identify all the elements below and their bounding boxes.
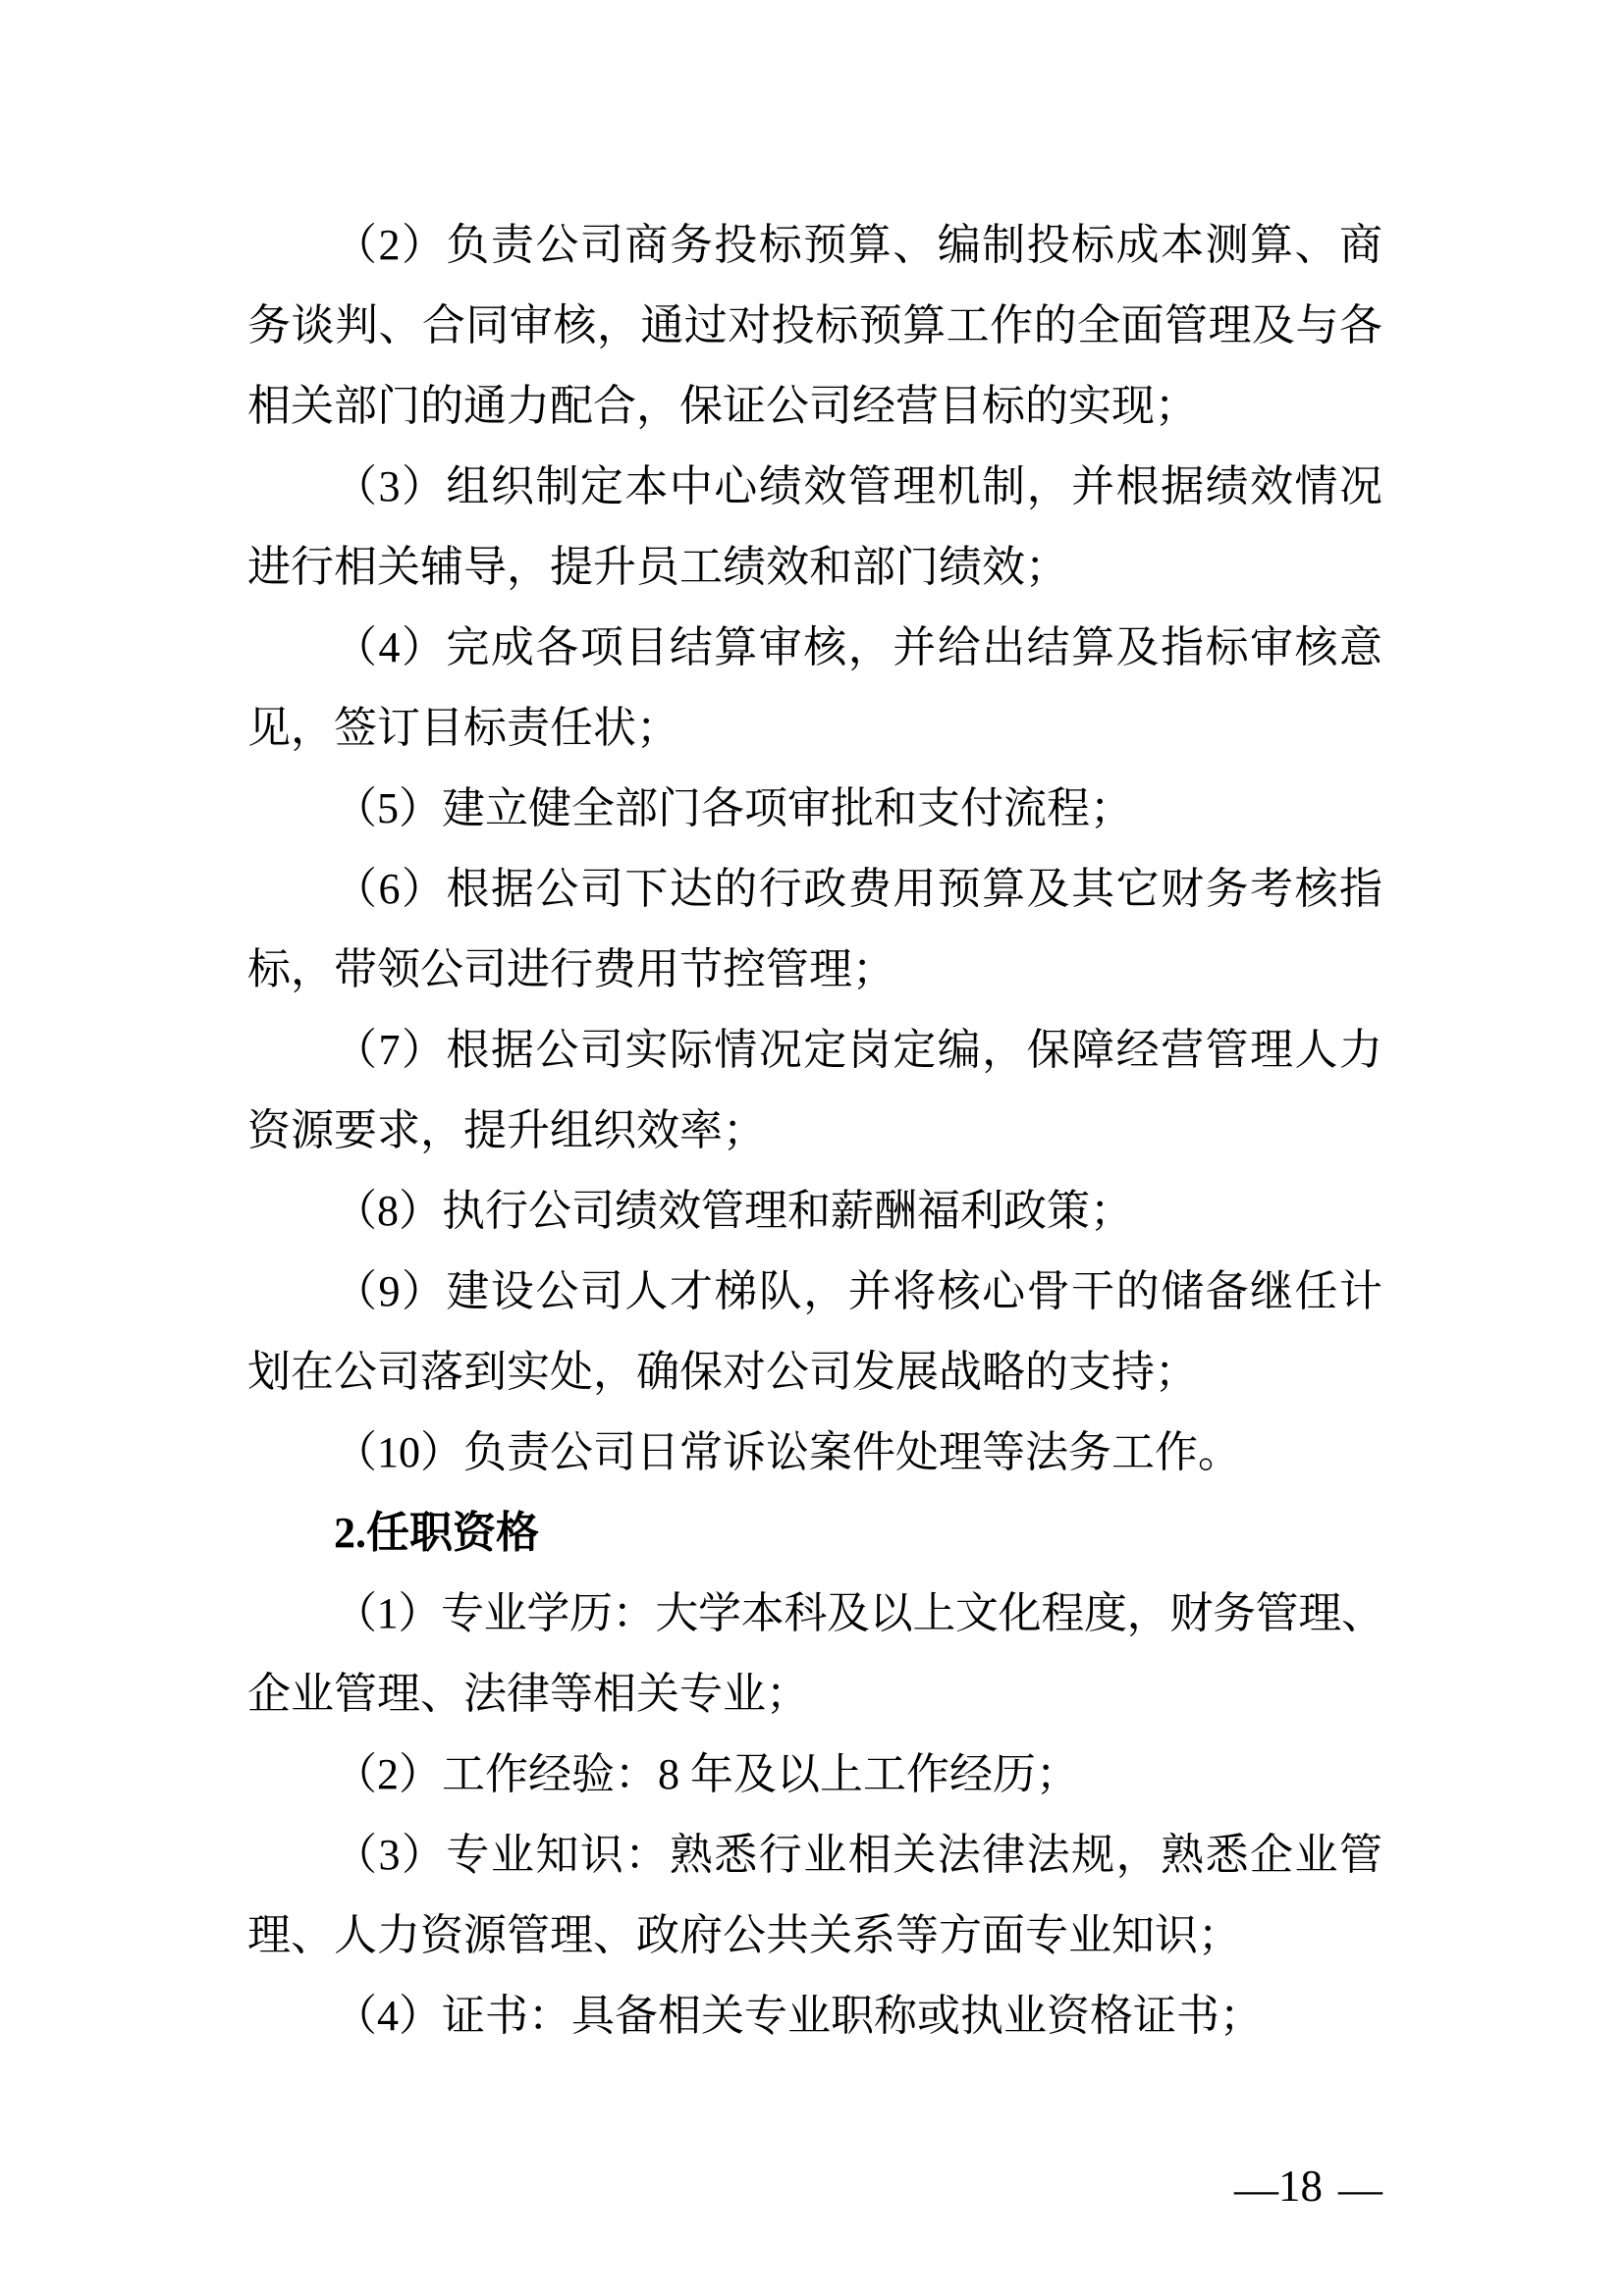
text-line: （3）组织制定本中心绩效管理机制，并根据绩效情况 (247, 447, 1382, 527)
text-line: （10）负责公司日常诉讼案件处理等法务工作。 (247, 1413, 1382, 1493)
text-line: （4）完成各项目结算审核，并给出结算及指标审核意 (247, 608, 1382, 688)
document-page: （2）负责公司商务投标预算、编制投标成本测算、商 务谈判、合同审核，通过对投标预… (0, 0, 1624, 2296)
text-line: 企业管理、法律等相关专业； (247, 1654, 1382, 1735)
text-line: 划在公司落到实处，确保对公司发展战略的支持； (247, 1332, 1382, 1413)
text-line: 务谈判、合同审核，通过对投标预算工作的全面管理及与各 (247, 286, 1382, 366)
body-text: （2）负责公司商务投标预算、编制投标成本测算、商 务谈判、合同审核，通过对投标预… (247, 205, 1382, 2056)
text-line: 理、人力资源管理、政府公共关系等方面专业知识； (247, 1896, 1382, 1976)
text-line: （2）负责公司商务投标预算、编制投标成本测算、商 (247, 205, 1382, 286)
text-line: 标，带领公司进行费用节控管理； (247, 930, 1382, 1010)
text-line: （8）执行公司绩效管理和薪酬福利政策； (247, 1171, 1382, 1252)
page-footer: —18— (247, 2146, 1382, 2226)
text-line: 相关部门的通力配合，保证公司经营目标的实现； (247, 366, 1382, 447)
text-line: 资源要求，提升组织效率； (247, 1091, 1382, 1171)
text-line: （1）专业学历：大学本科及以上文化程度，财务管理、 (247, 1574, 1382, 1654)
text-line: 进行相关辅导，提升员工绩效和部门绩效； (247, 527, 1382, 608)
page-number-dash-left: — (1234, 2164, 1278, 2214)
text-line: （3）专业知识：熟悉行业相关法律法规，熟悉企业管 (247, 1815, 1382, 1896)
text-line: （7）根据公司实际情况定岗定编，保障经营管理人力 (247, 1010, 1382, 1091)
section-heading: 2.任职资格 (247, 1493, 1382, 1574)
text-line: （6）根据公司下达的行政费用预算及其它财务考核指 (247, 849, 1382, 930)
page-number: 18 (1278, 2162, 1323, 2211)
text-line: 见，签订目标责任状； (247, 688, 1382, 769)
text-line: （4）证书：具备相关专业职称或执业资格证书； (247, 1976, 1382, 2056)
text-line: （9）建设公司人才梯队，并将核心骨干的储备继任计 (247, 1252, 1382, 1332)
text-line: （5）建立健全部门各项审批和支付流程； (247, 769, 1382, 849)
page-number-dash-right: — (1338, 2164, 1382, 2214)
text-line: （2）工作经验：8 年及以上工作经历； (247, 1735, 1382, 1815)
